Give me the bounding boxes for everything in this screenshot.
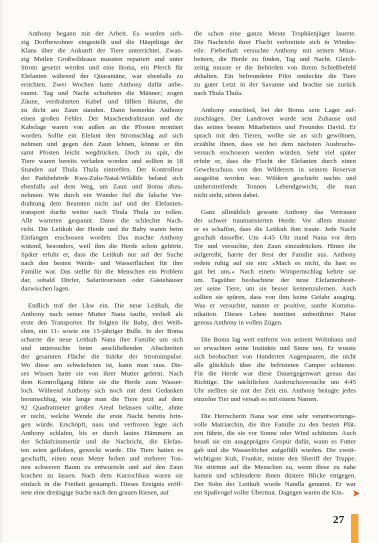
text-line: Die Nachricht ihrer Flucht verbreitete s… xyxy=(194,38,356,47)
text-line: erzählte ihnen, dass sie bei dem nächste… xyxy=(194,140,356,149)
text-line: gen würde. Erschöpft, nass und verfroren… xyxy=(21,420,183,429)
text-line: redete ruhig auf sie ein: »Mach es nicht… xyxy=(194,259,356,268)
text-line: der schwer traumatisierten Herde. Vor al… xyxy=(194,216,356,225)
text-line: Sie stürmte auf die Menschen zu, wenn di… xyxy=(194,463,356,472)
text-line: der Schlafzimmertür und die Nachricht, d… xyxy=(21,437,183,446)
text-line: Die Herrscherin Nana war eine sehr veran… xyxy=(194,412,356,421)
text-line: Endlich traf der Lkw ein. Die neue Leitk… xyxy=(21,301,183,310)
text-line: genoss Anthony in vollen Zügen. xyxy=(194,318,356,327)
text-line: eile. Fieberhaft versuchte Anthony mit s… xyxy=(194,46,356,55)
text-line: wütend, besonders, weil ihm die Herde sc… xyxy=(21,242,183,251)
text-line: alle glücklich über die befristeten Camp… xyxy=(194,361,356,370)
text-line: nach Thula Thula. xyxy=(194,89,356,98)
text-line: zu guter Letzt in der Savanne und bracht… xyxy=(194,80,356,89)
page-content: Anthony begann mit der Arbeit. Es wurden… xyxy=(0,0,379,543)
text-line: Der Sohn der Leitkuh wurde Nandla genann… xyxy=(194,480,356,489)
text-line: raumt. Tag und Nacht schufteten die Männ… xyxy=(21,89,183,98)
text-line: Tor und versuchte, den Zaun einzudrücken… xyxy=(194,242,356,251)
text-line: so erwachten seine Instinkte und Sinne n… xyxy=(194,344,356,353)
text-line: Einfangen erschossen worden. Das machte … xyxy=(21,233,183,242)
text-line: Klans über die Ankunft der Tiere unterri… xyxy=(21,46,183,55)
paragraph: Die Boma lag weit entfernt von seinem Wo… xyxy=(194,335,356,403)
text-line: nikation. Dieses Leben inmitten unberühr… xyxy=(194,310,356,319)
text-line: einfach in die Freiheit gestampft. Diese… xyxy=(21,480,183,489)
text-line: das seines besten Mitarbeiters und Freun… xyxy=(194,123,356,132)
text-line: Später erfuhr er, dass die Leitkuh nur a… xyxy=(21,250,183,259)
text-line: Gewehrschuss von den Wilderern in seinem… xyxy=(194,165,356,174)
text-line: Anthony nach seiner Mutter Nana taufte, … xyxy=(21,310,183,319)
text-line: kamen und schleuderte ihnen düstere Blic… xyxy=(194,471,356,480)
text-line: zuschlagen. Der Landrover wurde sein Zuh… xyxy=(194,114,356,123)
text-line: sollten sie spüren, dass von ihm keine G… xyxy=(194,293,356,302)
text-line: 92 Quadratmeter großen Areal belassen so… xyxy=(21,403,183,412)
text-line: sprach mit den Tieren, wollte sie an sic… xyxy=(194,131,356,140)
text-line: erfuhr er, dass die Flucht der Elefanten… xyxy=(194,157,356,166)
continuation-arrow-icon: ➤ xyxy=(352,488,360,498)
text-line: Kabelage waren von außen an die Pfosten … xyxy=(21,123,183,132)
text-line: dar, sobald Dörfer, Safaritouristen oder… xyxy=(21,276,183,285)
text-line: er nicht, welche Wende die erste Nacht b… xyxy=(21,412,183,421)
text-line: ten seien geflohen, geweckt wurde. Die T… xyxy=(21,446,183,455)
text-line: geschafft, einen neun Meter hohen und me… xyxy=(21,454,183,463)
text-line: nete eine dreitägige Suche nach den grau… xyxy=(21,488,183,497)
paragraph: Die Herrscherin Nana war eine sehr veran… xyxy=(194,412,356,497)
text-line: beitern, die Herde zu finden, Tag und Na… xyxy=(194,55,356,64)
text-line: wichtigste Kuh, Frankie, mimte den Sheri… xyxy=(194,454,356,463)
text-line: Richtige. Die nächtlichen Ausbruchsversu… xyxy=(194,378,356,387)
text-line: Für die Herde war diese Dauergegenwart g… xyxy=(194,369,356,378)
text-line: versuch erschossen werden würden. Sehr v… xyxy=(194,148,356,157)
text-line: samt Pfosten leicht wegdrücken. Doch zu … xyxy=(21,148,183,157)
text-column-right: die schon eine ganze Meute Trophäenjäger… xyxy=(194,29,356,497)
text-line: volle Matriarchin, die ihre Familie zu d… xyxy=(194,420,356,429)
text-line: Tiere waren bereits verladen worden und … xyxy=(21,157,183,166)
text-line: besaß sie ein ausgeprägtes Gespür dafür,… xyxy=(194,437,356,446)
text-line: geschah dasselbe. Um 4:45 Uhr stand Nana… xyxy=(194,233,356,242)
text-line: um. Tagsüber beobachtete der neue Elefan… xyxy=(194,276,356,285)
paragraph: Ganz allmählich gewann Anthony das Vertr… xyxy=(194,208,356,327)
text-line: Alle warteten gespannt. Dann die schlech… xyxy=(21,216,183,225)
text-line: drahtung dem Beamten nicht auf und der E… xyxy=(21,199,183,208)
accent-bar xyxy=(351,514,359,543)
text-line: umherstreifende Tonnen Lebendgewicht, di… xyxy=(194,182,356,191)
paragraph: Endlich traf der Lkw ein. Die neue Leitk… xyxy=(21,301,183,497)
text-line: chen, ein 11- sowie ein 15-jähriger Bull… xyxy=(21,327,183,336)
paragraph: Anthony begann mit der Arbeit. Es wurden… xyxy=(21,29,183,293)
text-line: Ganz allmählich gewann Anthony das Vertr… xyxy=(194,208,356,217)
text-line: nehmen und gegen den Zaun lehnen, könnte… xyxy=(21,140,183,149)
text-line: herumschlug, wie lange man die Tiere jet… xyxy=(21,395,183,404)
text-line: gut bei uns.« Nach einem Wimpernschlag k… xyxy=(194,267,356,276)
text-column-left: Anthony begann mit der Arbeit. Es wurden… xyxy=(21,29,183,497)
text-line: Uhr stellten sie mit der Zeit ein. Antho… xyxy=(194,386,356,395)
text-line: der Parkbehörde Kwa-Zulu-Natal-Wildlife … xyxy=(21,174,183,183)
text-line: aufgereiht, harrte der Rest der Familie … xyxy=(194,250,356,259)
text-line: zer seine Tiere, um sie besser kennenzul… xyxy=(194,284,356,293)
text-line: dem Kontrollgang führte sie die Herde zu… xyxy=(21,378,183,387)
text-line: Wo diese am schwächsten ist, kann man ra… xyxy=(21,361,183,370)
text-line: gab und die Wasserlöcher aufgefüllt wurd… xyxy=(194,446,356,455)
text-line: errichten. Zwei Wochen hatte Anthony daf… xyxy=(21,80,183,89)
text-line: zeitig musste er die Behörden von ihrem … xyxy=(194,63,356,72)
text-line: der gesamten Fläche die Stärke der Strom… xyxy=(21,352,183,361)
text-line: nach den besten Weide- und Wasserflächen… xyxy=(21,259,183,268)
text-line: Elefanten während der Quarantäne, war eb… xyxy=(21,72,183,81)
text-line: nehmen. Wie durch ein Wunder fiel die fa… xyxy=(21,191,183,200)
text-line: dazwischen lagen. xyxy=(21,284,183,293)
text-line: krachen zu lassen. Nach dem Kurzschluss … xyxy=(21,471,183,480)
text-line: abhalten. Ein befreundeter Pilot entdeck… xyxy=(194,72,356,81)
text-line: richt. Die Leitkuh der Herde und ihr Bab… xyxy=(21,225,183,234)
text-line: und untersuchte beim anschließenden Absc… xyxy=(21,344,183,353)
book-page: Anthony begann mit der Arbeit. Es wurden… xyxy=(0,0,379,543)
text-line: Was er versuchte, nannte er positive, sa… xyxy=(194,301,356,310)
text-line: Strom gesetzt werden und eine Boma, ein … xyxy=(21,63,183,72)
text-columns: Anthony begann mit der Arbeit. Es wurden… xyxy=(21,29,356,497)
text-line: sich beobachtet von Hunderten Augenpaare… xyxy=(194,352,356,361)
text-line: Anthony schlafen, bis er durch lautes Hä… xyxy=(21,429,183,438)
text-line: zen führte, die sie vor Sonne oder Wind … xyxy=(194,429,356,438)
text-line: die schon eine ganze Meute Trophäenjäger… xyxy=(194,29,356,38)
text-line: Anthony begann mit der Arbeit. Es wurden… xyxy=(21,29,183,38)
text-line: Stunden auf Thula Thula eintreffen. Der … xyxy=(21,165,183,174)
text-line: worden. Sollte ein Elefant den Stromschl… xyxy=(21,131,183,140)
text-line: einen großen Fehler. Der Maschendrahtzau… xyxy=(21,114,183,123)
text-line: ses Wissen hatte sie von ihrer Mutter ge… xyxy=(21,369,183,378)
text-line: nen schweren Baum zu entwurzeln und auf … xyxy=(21,463,183,472)
text-line: erste den Transporter. Ihr folgten ihr B… xyxy=(21,318,183,327)
text-line: zig Meilen Großwildzaun mussten reparier… xyxy=(21,55,183,64)
text-line: Familie war. Das stellte für die Mensche… xyxy=(21,267,183,276)
text-line: er es schaffen, dass die Leitkuh ihm tra… xyxy=(194,225,356,234)
text-line: Die Boma lag weit entfernt von seinem Wo… xyxy=(194,335,356,344)
text-line: transport durfte weiter nach Thula Thula… xyxy=(21,208,183,217)
text-line: zu dicht am Zaun standen. Dann bemerkte … xyxy=(21,106,183,115)
text-line: loch. Während Anthony sich noch mit dem … xyxy=(21,386,183,395)
text-line: zig Dorfbewohner eingestellt und die Häu… xyxy=(21,38,183,47)
text-line: ebenfalls auf dem Weg, um Zaun und Boma … xyxy=(21,182,183,191)
text-line: scharrte die neue Leitkuh Nana ihre Fami… xyxy=(21,335,183,344)
text-line: einzelne Tier und versah es mit einem Na… xyxy=(194,395,356,404)
text-line: Anthony entschied, bei der Boma sein Lag… xyxy=(194,106,356,115)
paragraph: die schon eine ganze Meute Trophäenjäger… xyxy=(194,29,356,97)
paragraph: Anthony entschied, bei der Boma sein Lag… xyxy=(194,106,356,200)
page-number: 27 xyxy=(333,514,345,525)
text-line: ein Spaßvogel voller Übermut. Dagegen wa… xyxy=(194,488,356,497)
text-line: Zäune, verdrahteten Kabel und fällten Bä… xyxy=(21,97,183,106)
text-line: nicht sieht, stören dabei. xyxy=(194,191,356,200)
text-line: ausgelöst worden war. Wildern geschieht … xyxy=(194,174,356,183)
